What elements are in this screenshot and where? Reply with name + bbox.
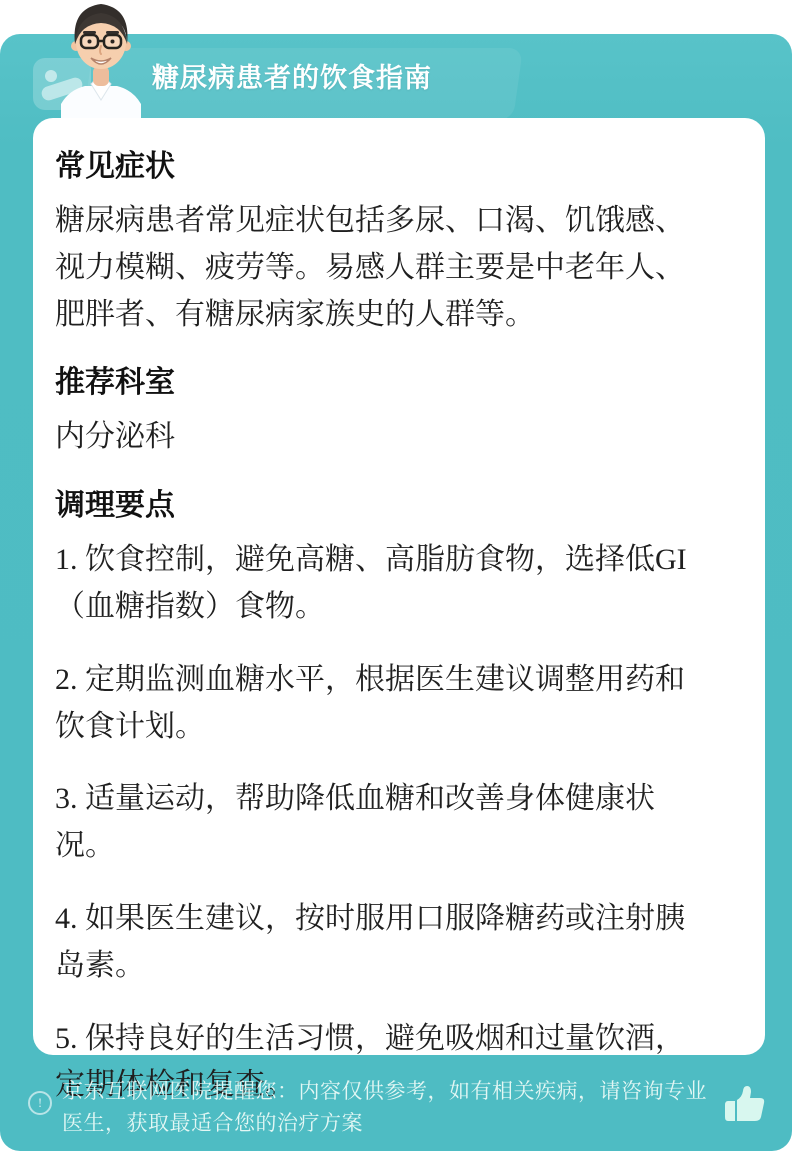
answer-bubble: 糖尿病患者的饮食指南 常见症状 糖尿病患者常见症状包括多尿、口渴、饥饿感、视力模… [0,34,792,1151]
info-icon: ! [28,1091,52,1115]
disclaimer-footer: ! 京东互联网医院提醒您：内容仅供参考，如有相关疾病，请咨询专业医生，获取最适合… [0,1076,792,1151]
section-heading-care-points: 调理要点 [55,485,737,527]
department-paragraph: 内分泌科 [55,414,711,461]
doctor-avatar [55,0,147,122]
content-card: 常见症状 糖尿病患者常见症状包括多尿、口渴、饥饿感、视力模糊、疲劳等。易感人群主… [33,118,765,1055]
section-heading-department: 推荐科室 [55,362,737,404]
thumbs-up-icon[interactable] [722,1081,768,1127]
care-point-item: 4. 如果医生建议，按时服用口服降糖药或注射胰岛素。 [55,896,711,990]
care-point-item: 3. 适量运动，帮助降低血糖和改善身体健康状况。 [55,776,711,870]
care-point-item: 1. 饮食控制，避免高糖、高脂肪食物，选择低GI（血糖指数）食物。 [55,537,711,631]
page-title: 糖尿病患者的饮食指南 [152,56,432,95]
section-heading-symptoms: 常见症状 [55,146,737,188]
disclaimer-text: 京东互联网医院提醒您：内容仅供参考，如有相关疾病，请咨询专业医生，获取最适合您的… [62,1076,710,1139]
symptoms-paragraph: 糖尿病患者常见症状包括多尿、口渴、饥饿感、视力模糊、疲劳等。易感人群主要是中老年… [55,198,711,338]
care-point-item: 2. 定期监测血糖水平，根据医生建议调整用药和饮食计划。 [55,657,711,751]
